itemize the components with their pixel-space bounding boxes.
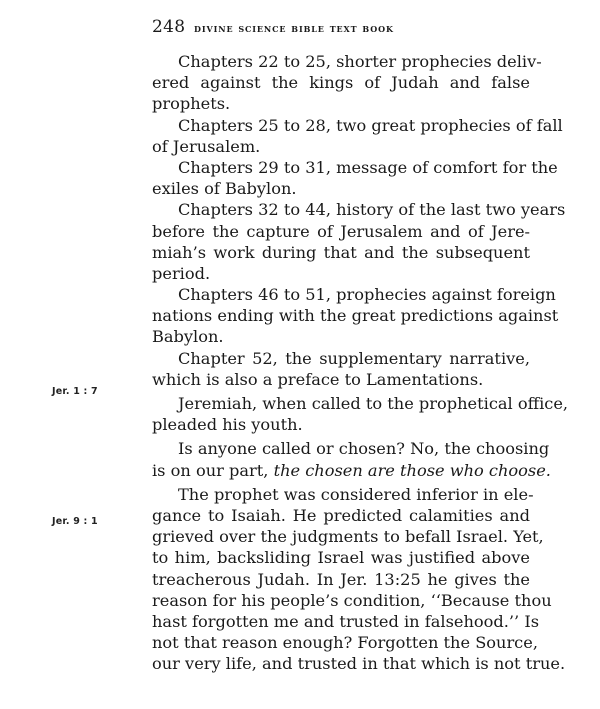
text-line: ered against the kings of Judah and fals… [152, 72, 530, 93]
paragraph-chapters-46-51: Chapters 46 to 51, prophecies against fo… [152, 284, 530, 348]
text-line: nations ending with the great prediction… [152, 305, 530, 326]
text-line: not that reason enough? Forgotten the So… [152, 632, 530, 653]
paragraph-prophet-inferior: The prophet was considered inferior in e… [152, 484, 530, 675]
text-line: Chapters 22 to 25, shorter prophecies de… [152, 51, 530, 72]
text-line: miah’s work during that and the subseque… [152, 242, 530, 263]
text-line: prophets. [152, 93, 530, 114]
text-line: grieved over the judgments to befall Isr… [152, 526, 530, 547]
paragraph-jeremiah-called: Jeremiah, when called to the prophetical… [152, 393, 530, 435]
paragraph-chapter-52: Chapter 52, the supplementary narrative,… [152, 348, 530, 390]
paragraph-called-or-chosen: Is anyone called or chosen? No, the choo… [152, 438, 530, 480]
margin-note-jer-9-1: Jer. 9 : 1 [52, 516, 98, 527]
text-line: Chapters 25 to 28, two great prophecies … [152, 115, 530, 136]
text-line: reason for his people’s condition, ‘‘Bec… [152, 590, 530, 611]
paragraph-chapters-25-28: Chapters 25 to 28, two great prophecies … [152, 115, 530, 157]
text-line: our very life, and trusted in that which… [152, 653, 530, 674]
paragraph-chapters-32-44: Chapters 32 to 44, history of the last t… [152, 199, 530, 284]
text-line: which is also a preface to Lamentations. [152, 369, 530, 390]
text-line: The prophet was considered inferior in e… [152, 484, 530, 505]
body-text: Chapters 22 to 25, shorter prophecies de… [152, 51, 530, 674]
text-line: of Jerusalem. [152, 136, 530, 157]
text-line: Is anyone called or chosen? No, the choo… [152, 438, 530, 459]
text-line: Chapters 46 to 51, prophecies against fo… [152, 284, 530, 305]
running-title: DIVINE SCIENCE BIBLE TEXT BOOK [194, 21, 394, 35]
text-line: hast forgotten me and trusted in falseho… [152, 611, 530, 632]
paragraph-chapters-22-25: Chapters 22 to 25, shorter prophecies de… [152, 51, 530, 115]
text-line: before the capture of Jerusalem and of J… [152, 221, 530, 242]
text-line: period. [152, 263, 530, 284]
margin-note-jer-1-7: Jer. 1 : 7 [52, 386, 98, 397]
page-header: 248 DIVINE SCIENCE BIBLE TEXT BOOK [152, 17, 530, 39]
text-line: exiles of Babylon. [152, 178, 530, 199]
text-line: gance to Isaiah. He predicted calamities… [152, 505, 530, 526]
text-line: treacherous Judah. In Jer. 13:25 he give… [152, 569, 530, 590]
italic-emphasis: the chosen are those who choose. [274, 461, 551, 480]
text-line: Chapters 29 to 31, message of comfort fo… [152, 157, 530, 178]
text-line: pleaded his youth. [152, 414, 530, 435]
text-run: is on our part, [152, 461, 274, 480]
text-line: to him, backsliding Israel was justified… [152, 547, 530, 568]
text-line: Chapters 32 to 44, history of the last t… [152, 199, 530, 220]
text-line: Jeremiah, when called to the prophetical… [152, 393, 530, 414]
paragraph-chapters-29-31: Chapters 29 to 31, message of comfort fo… [152, 157, 530, 199]
text-line: Chapter 52, the supplementary narrative, [152, 348, 530, 369]
book-page: 248 DIVINE SCIENCE BIBLE TEXT BOOK Jer. … [0, 0, 600, 709]
text-line: Babylon. [152, 326, 530, 347]
page-number: 248 [152, 17, 185, 37]
text-line: is on our part, the chosen are those who… [152, 460, 530, 481]
